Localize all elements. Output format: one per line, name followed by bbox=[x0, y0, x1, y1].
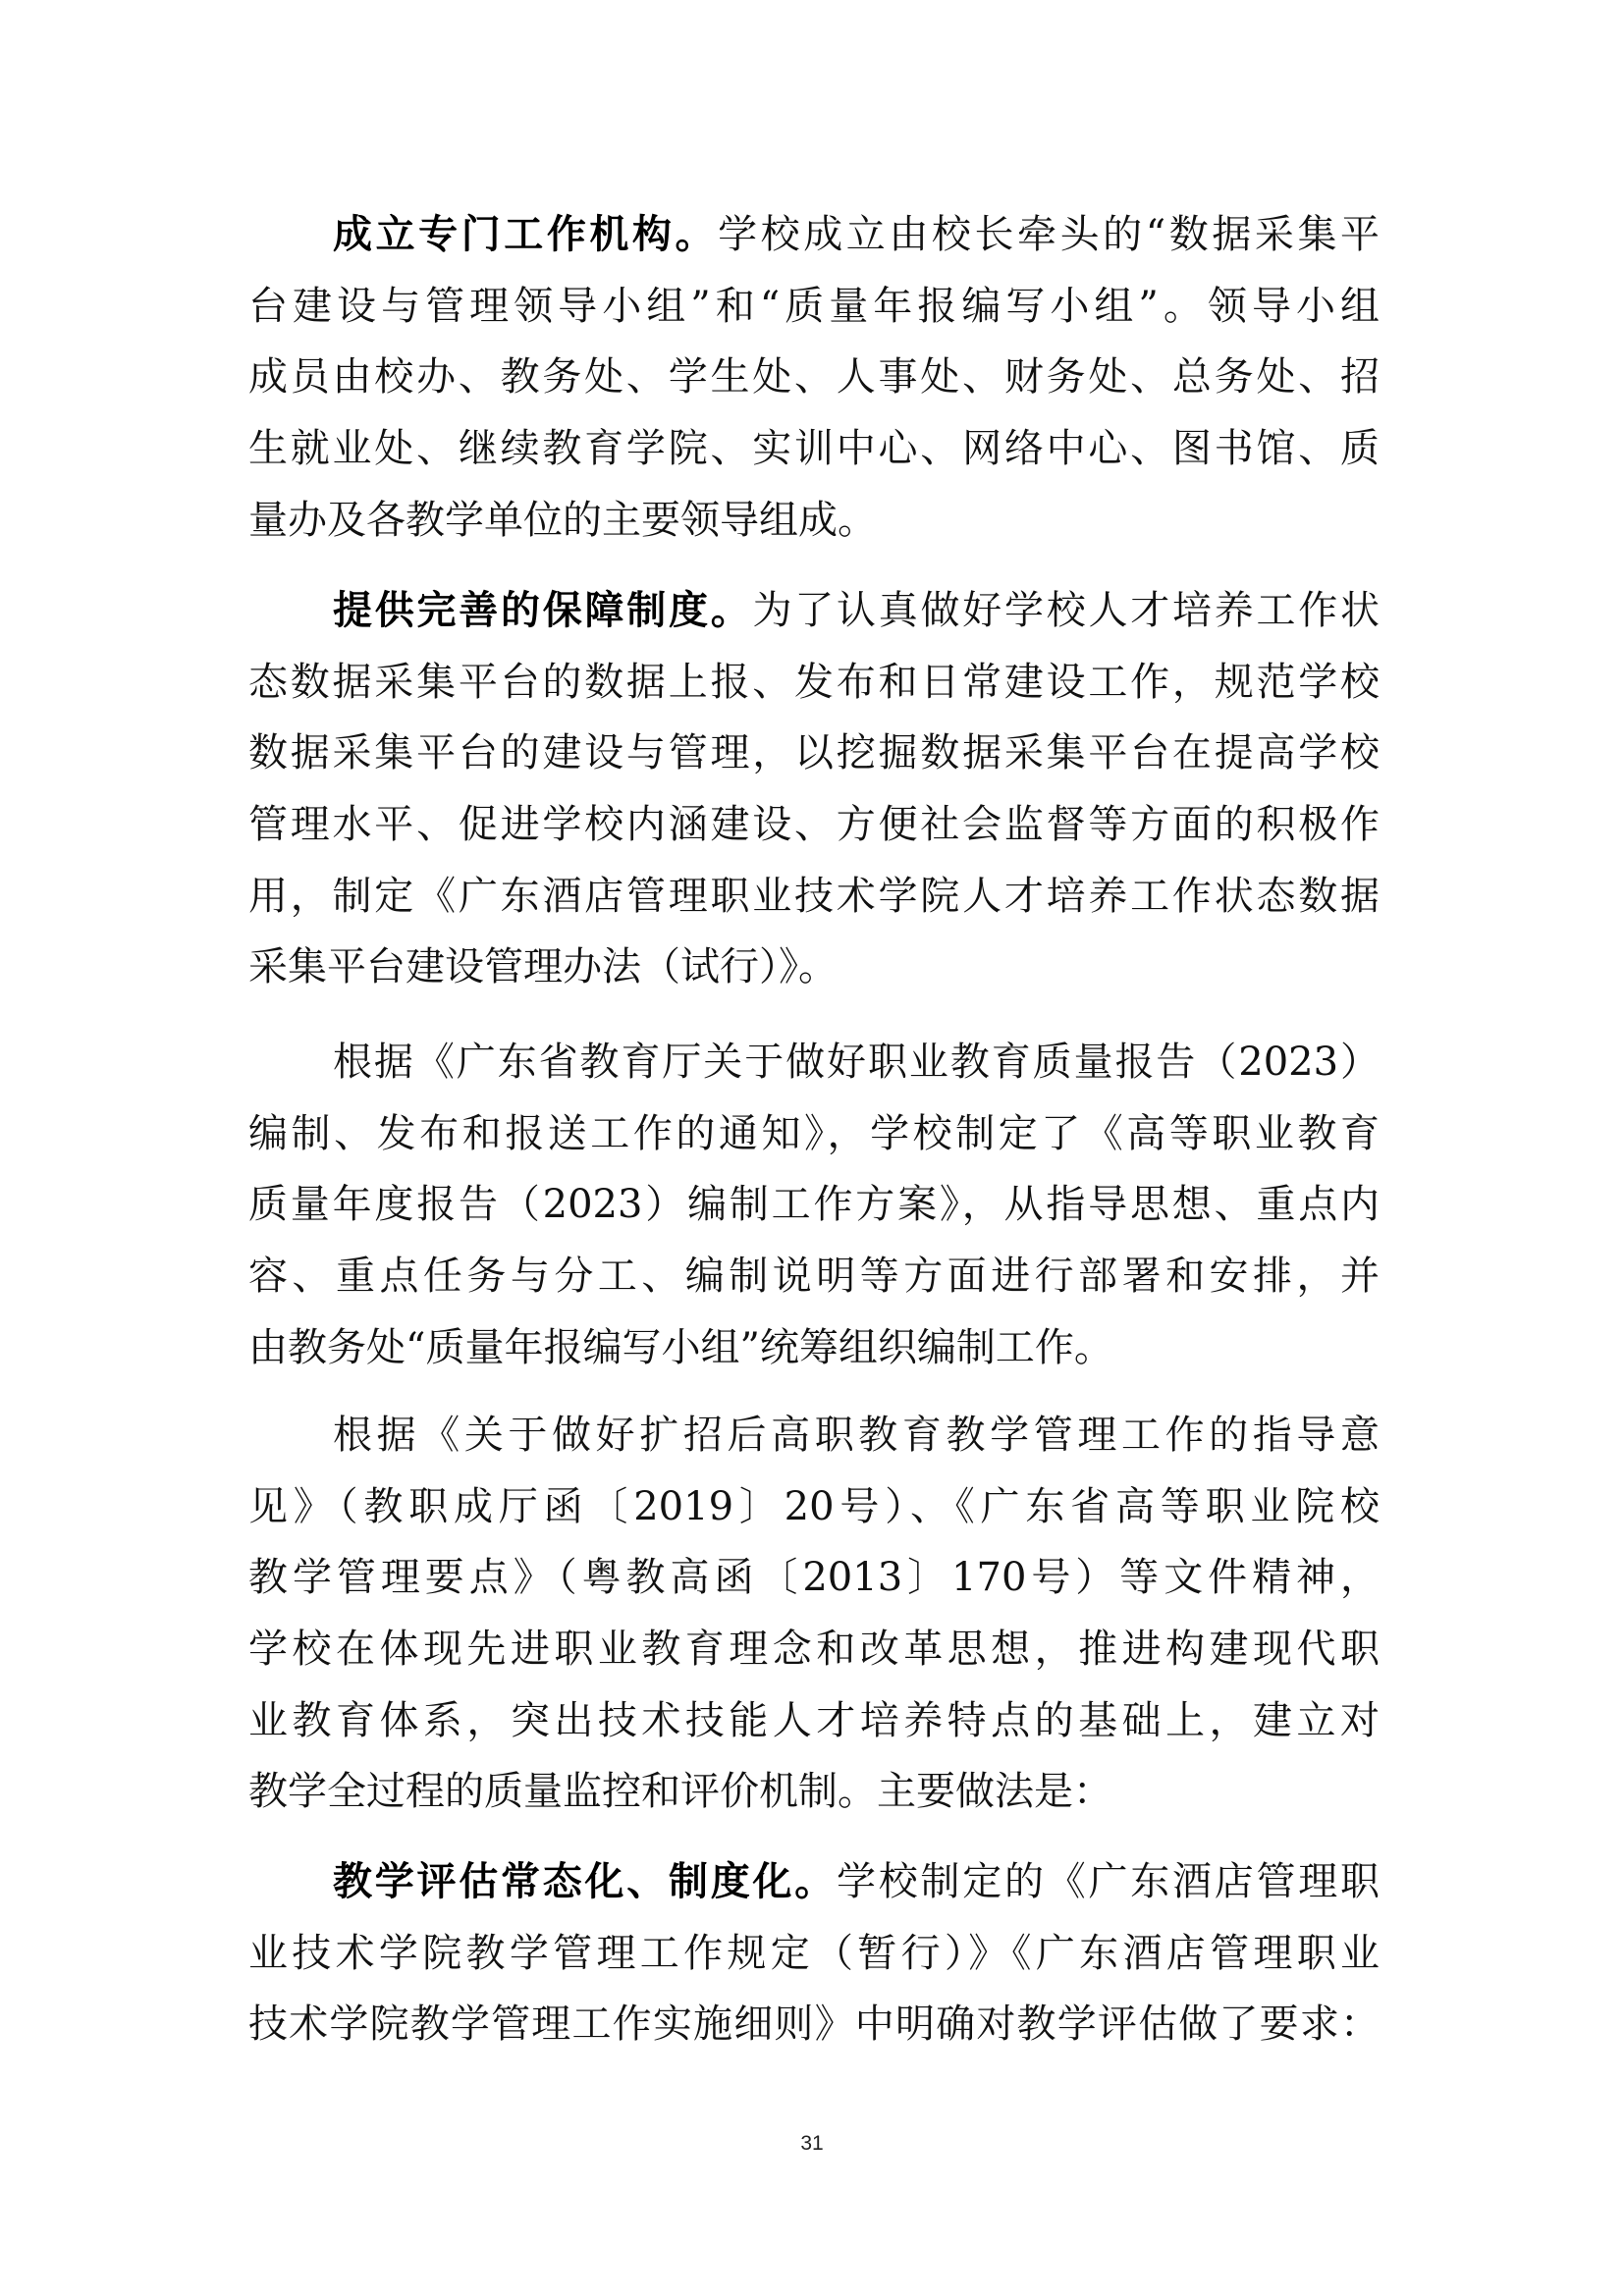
paragraph-line: 教学管理要点》（粤教高函〔2013〕170号）等文件精神， bbox=[248, 1542, 1380, 1614]
paragraph-line: 容、重点任务与分工、编制说明等方面进行部署和安排，并 bbox=[248, 1241, 1380, 1312]
paragraph-line: 成员由校办、教务处、学生处、人事处、财务处、总务处、招 bbox=[248, 342, 1380, 413]
paragraph-organization: 成立专门工作机构。学校成立由校长牵头的“数据采集平 台建设与管理领导小组”和“质… bbox=[248, 199, 1380, 556]
paragraph-line: 技术学院教学管理工作实施细则》中明确对教学评估做了要求： bbox=[248, 1989, 1380, 2060]
paragraph-line: 教学评估常态化、制度化。学校制定的《广东酒店管理职 bbox=[248, 1846, 1380, 1918]
paragraph-line: 数据采集平台的建设与管理，以挖掘数据采集平台在提高学校 bbox=[248, 718, 1380, 789]
paragraph-line: 质量年度报告（2023）编制工作方案》，从指导思想、重点内 bbox=[248, 1169, 1380, 1241]
paragraph-line: 量办及各教学单位的主要领导组成。 bbox=[248, 485, 1380, 557]
paragraph-line: 见》（教职成厅函〔2019〕20号）、《广东省高等职业院校 bbox=[248, 1471, 1380, 1543]
paragraph-lead-heading: 提供完善的保障制度。 bbox=[333, 588, 753, 633]
document-page: 成立专门工作机构。学校成立由校长牵头的“数据采集平 台建设与管理领导小组”和“质… bbox=[0, 0, 1624, 2296]
paragraph-lead-heading: 成立专门工作机构。 bbox=[333, 212, 718, 257]
paragraph-line: 根据《关于做好扩招后高职教育教学管理工作的指导意 bbox=[248, 1400, 1380, 1471]
paragraph-teaching-evaluation: 教学评估常态化、制度化。学校制定的《广东酒店管理职 业技术学院教学管理工作规定（… bbox=[248, 1846, 1380, 2060]
paragraph-lead-heading: 教学评估常态化、制度化。 bbox=[333, 1859, 837, 1904]
paragraph-line: 成立专门工作机构。学校成立由校长牵头的“数据采集平 bbox=[248, 199, 1380, 271]
page-number: 31 bbox=[0, 2132, 1624, 2156]
paragraph-line: 教学全过程的质量监控和评价机制。主要做法是： bbox=[248, 1756, 1380, 1828]
paragraph-guarantee-system: 提供完善的保障制度。为了认真做好学校人才培养工作状 态数据采集平台的数据上报、发… bbox=[248, 575, 1380, 1003]
paragraph-line: 由教务处“质量年报编写小组”统筹组织编制工作。 bbox=[248, 1312, 1380, 1384]
paragraph-line: 态数据采集平台的数据上报、发布和日常建设工作，规范学校 bbox=[248, 647, 1380, 719]
paragraph-line: 采集平台建设管理办法（试行）》。 bbox=[248, 932, 1380, 1003]
paragraph-line: 提供完善的保障制度。为了认真做好学校人才培养工作状 bbox=[248, 575, 1380, 647]
paragraph-quality-report: 根据《广东省教育厅关于做好职业教育质量报告（2023） 编制、发布和报送工作的通… bbox=[248, 1027, 1380, 1383]
paragraph-line: 管理水平、促进学校内涵建设、方便社会监督等方面的积极作 bbox=[248, 789, 1380, 861]
paragraph-line: 业技术学院教学管理工作规定（暂行）》《广东酒店管理职业 bbox=[248, 1918, 1380, 1990]
paragraph-line: 台建设与管理领导小组”和“质量年报编写小组”。领导小组 bbox=[248, 271, 1380, 343]
paragraph-line: 生就业处、继续教育学院、实训中心、网络中心、图书馆、质 bbox=[248, 413, 1380, 485]
paragraph-teaching-management: 根据《关于做好扩招后高职教育教学管理工作的指导意 见》（教职成厅函〔2019〕2… bbox=[248, 1400, 1380, 1828]
paragraph-line: 编制、发布和报送工作的通知》，学校制定了《高等职业教育 bbox=[248, 1098, 1380, 1170]
paragraph-line: 用，制定《广东酒店管理职业技术学院人才培养工作状态数据 bbox=[248, 861, 1380, 933]
paragraph-line: 根据《广东省教育厅关于做好职业教育质量报告（2023） bbox=[248, 1027, 1380, 1098]
paragraph-line: 学校在体现先进职业教育理念和改革思想，推进构建现代职 bbox=[248, 1614, 1380, 1685]
paragraph-line: 业教育体系，突出技术技能人才培养特点的基础上，建立对 bbox=[248, 1685, 1380, 1757]
